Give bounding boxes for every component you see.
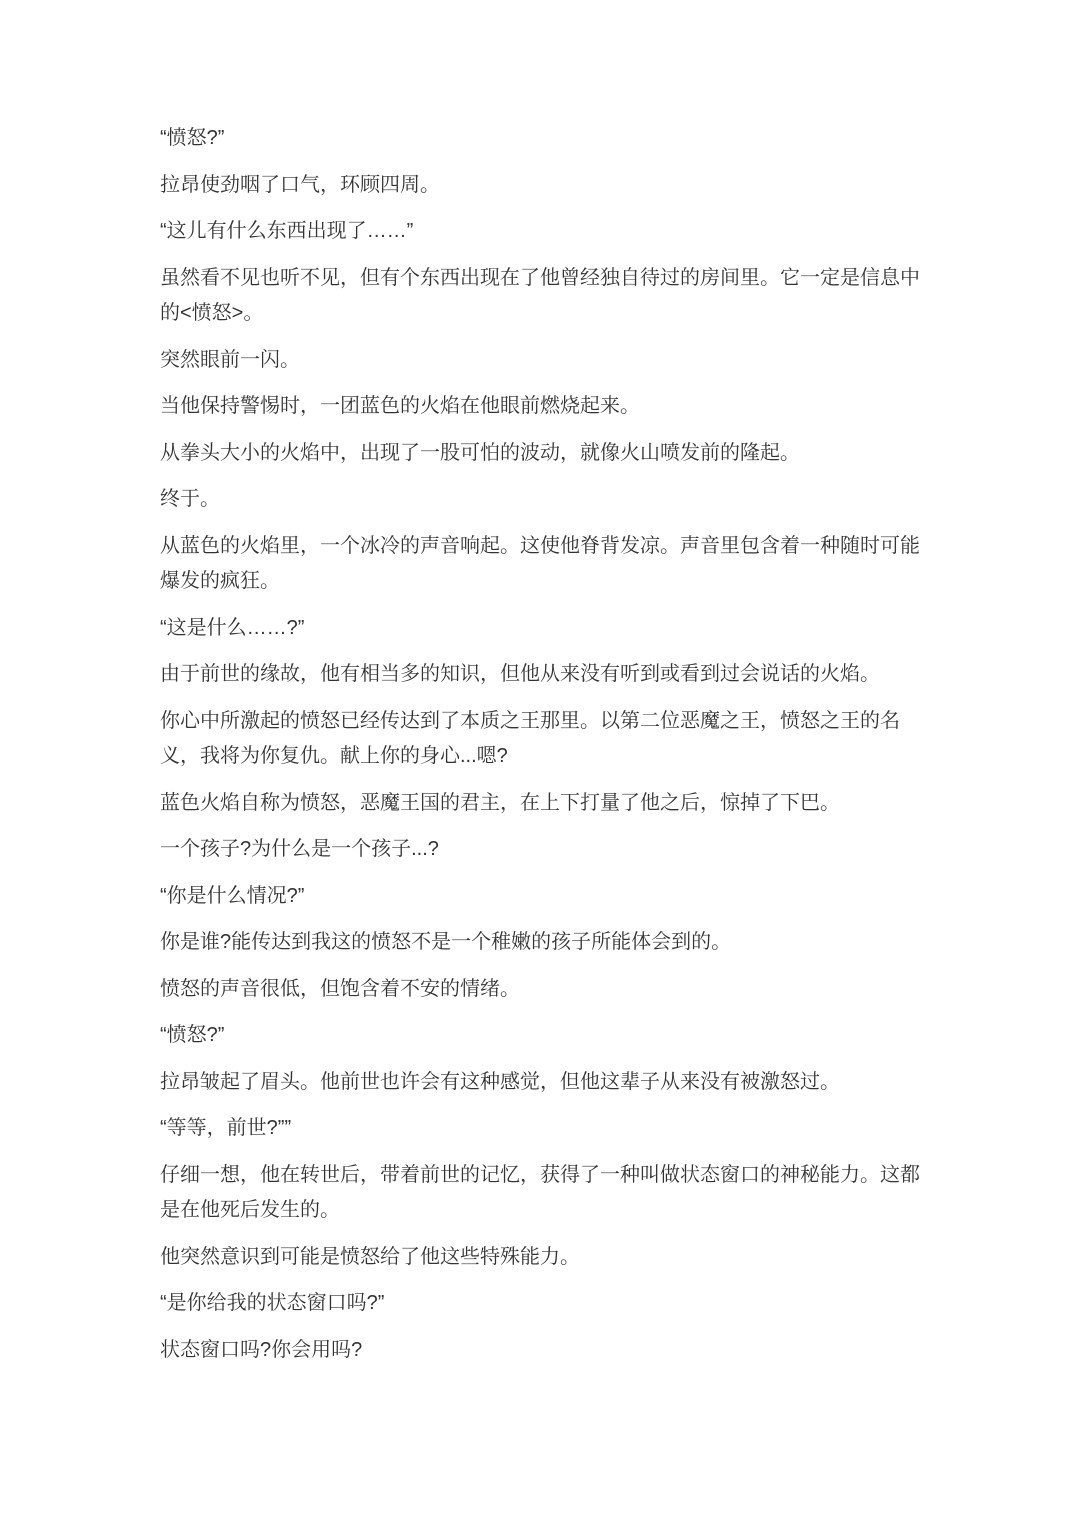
paragraph: 他突然意识到可能是愤怒给了他这些特殊能力。 [160,1240,926,1276]
paragraph: “这儿有什么东西出现了……” [160,214,926,250]
paragraph: 你心中所激起的愤怒已经传达到了本质之王那里。以第二位恶魔之王，愤怒之王的名义，我… [160,704,926,775]
paragraph: 拉昂使劲咽了口气，环顾四周。 [160,168,926,204]
paragraph: 拉昂皱起了眉头。他前世也许会有这种感觉，但他这辈子从来没有被激怒过。 [160,1065,926,1101]
paragraph: “这是什么……?” [160,611,926,647]
paragraph: 仔细一想，他在转世后，带着前世的记忆，获得了一种叫做状态窗口的神秘能力。这都是在… [160,1158,926,1229]
paragraph: 状态窗口吗?你会用吗? [160,1333,926,1369]
paragraph: “愤怒?” [160,1018,926,1054]
paragraph: “是你给我的状态窗口吗?” [160,1286,926,1322]
paragraph: 蓝色火焰自称为愤怒，恶魔王国的君主，在上下打量了他之后，惊掉了下巴。 [160,786,926,822]
paragraph: “你是什么情况?” [160,879,926,915]
paragraph: 一个孩子?为什么是一个孩子...? [160,832,926,868]
paragraph: “等等，前世?”” [160,1111,926,1147]
paragraph: 终于。 [160,482,926,518]
paragraph: 当他保持警惕时，一团蓝色的火焰在他眼前燃烧起来。 [160,389,926,425]
paragraph: 愤怒的声音很低，但饱含着不安的情绪。 [160,972,926,1008]
paragraph: 由于前世的缘故，他有相当多的知识，但他从来没有听到或看到过会说话的火焰。 [160,657,926,693]
chapter-text-content: “愤怒?” 拉昂使劲咽了口气，环顾四周。 “这儿有什么东西出现了……” 虽然看不… [160,121,926,1379]
novel-reader-page: “愤怒?” 拉昂使劲咽了口气，环顾四周。 “这儿有什么东西出现了……” 虽然看不… [0,0,1074,1519]
paragraph: 从蓝色的火焰里，一个冰冷的声音响起。这使他脊背发凉。声音里包含着一种随时可能爆发… [160,529,926,600]
paragraph: 虽然看不见也听不见，但有个东西出现在了他曾经独自待过的房间里。它一定是信息中的<… [160,261,926,332]
paragraph: 突然眼前一闪。 [160,343,926,379]
paragraph: 从拳头大小的火焰中，出现了一股可怕的波动，就像火山喷发前的隆起。 [160,436,926,472]
paragraph: 你是谁?能传达到我这的愤怒不是一个稚嫩的孩子所能体会到的。 [160,925,926,961]
paragraph: “愤怒?” [160,121,926,157]
